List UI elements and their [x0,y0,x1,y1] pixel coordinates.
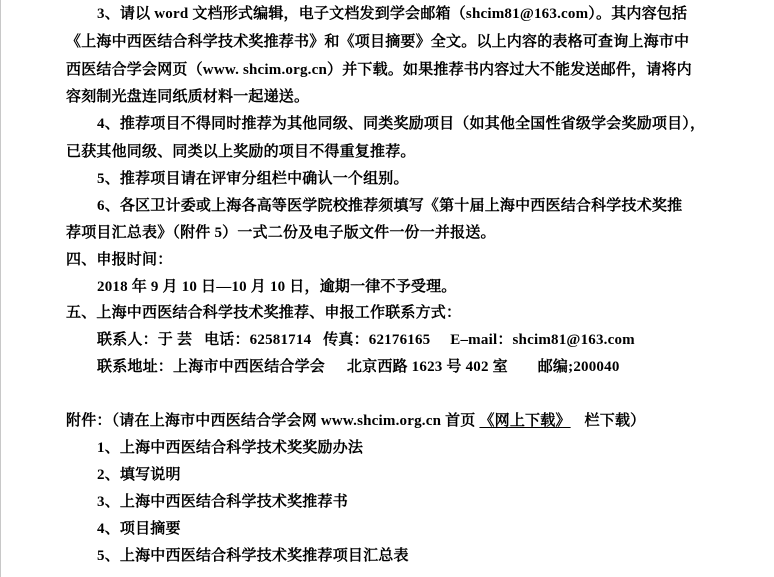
item6-line1: 6、各区卫计委或上海各高等医学院校推荐须填写《第十届上海中西医结合科学技术奖推 [97,196,682,216]
attachment-item: 5、上海中西医结合科学技术奖推荐项目汇总表 [97,546,409,566]
item4-line2: 已获其他同级、同类以上奖励的项目不得重复推荐。 [66,142,416,162]
section4-body: 2018 年 9 月 10 日—10 月 10 日，逾期一律不予受理。 [97,277,457,297]
item3-line4: 容刻制光盘连同纸质材料一起递送。 [66,87,309,107]
attachments-intro: 附件：（请在上海市中西医结合学会网 www.shcim.org.cn 首页 《网… [66,411,645,431]
contact-line: 联系人：于 芸 电话：62581714 传真：62176165 E–mail：s… [97,330,635,350]
item3-line2: 《上海中西医结合科学技术奖推荐书》和《项目摘要》全文。以上内容的表格可查询上海市… [66,32,689,52]
page-left-border [0,0,1,577]
contact-street: 北京西路 1623 号 402 室 [347,359,508,375]
contact-person: 联系人：于 芸 [97,332,192,348]
section4-heading: 四、申报时间： [66,250,172,270]
item4-line1: 4、推荐项目不得同时推荐为其他同级、同类奖励项目（如其他全国性省级学会奖励项目）… [97,114,705,134]
attachment-item: 4、项目摘要 [97,519,181,539]
contact-address: 联系地址：上海市中西医结合学会 [97,359,325,375]
attachment-item: 1、上海中西医结合科学技术奖奖励办法 [97,438,363,458]
attachments-intro-prefix: 附件：（请在上海市中西医结合学会网 www.shcim.org.cn 首页 [66,413,475,429]
contact-email: E–mail：shcim81@163.com [450,332,635,348]
item3-line3: 西医结合学会网页（www. shcim.org.cn）并下载。如果推荐书内容过大… [66,60,692,80]
attachment-item: 2、填写说明 [97,465,181,485]
attachments-intro-suffix: 栏下载） [585,413,646,429]
online-download-link[interactable]: 《网上下载》 [479,413,570,429]
attachment-item: 3、上海中西医结合科学技术奖推荐书 [97,492,348,512]
contact-phone: 电话：62581714 [204,332,311,348]
item3-line1: 3、请以 word 文档形式编辑，电子文档发到学会邮箱（shcim81@163.… [97,4,687,24]
contact-postcode: 邮编;200040 [538,359,620,375]
item5-line1: 5、推荐项目请在评审分组栏中确认一个组别。 [97,169,409,189]
contact-fax: 传真：62176165 [323,332,430,348]
address-line: 联系地址：上海市中西医结合学会 北京西路 1623 号 402 室 邮编;200… [97,357,620,377]
item6-line2: 荐项目汇总表》（附件 5）一式二份及电子版文件一份一并报送。 [66,223,496,243]
section5-heading: 五、上海中西医结合科学技术奖推荐、申报工作联系方式： [66,303,461,323]
